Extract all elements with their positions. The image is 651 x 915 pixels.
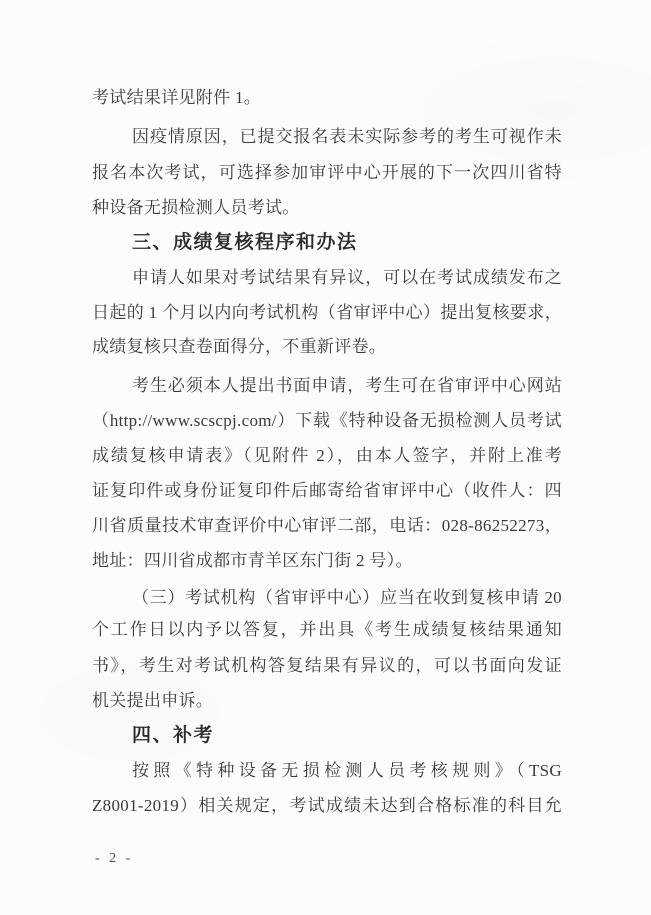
doc-line: 报名本次考试，可选择参加审评中心开展的下一次四川省特	[92, 161, 562, 187]
section-heading: 四、补考	[92, 724, 562, 750]
doc-line: 机关提出申诉。	[92, 689, 562, 715]
doc-line: Z8001-2019）相关规定，考试成绩未达到合格标准的科目允	[92, 794, 562, 820]
doc-line: （http://www.scscpj.com/）下载《特种设备无损检测人员考试	[92, 409, 562, 435]
doc-line: 书》，考生对考试机构答复结果有异议的，可以书面向发证	[92, 654, 562, 680]
doc-line: 考试结果详见附件 1。	[92, 86, 562, 112]
doc-line: 个工作日以内予以答复，并出具《考生成绩复核结果通知	[92, 618, 562, 644]
document-page: 考试结果详见附件 1。 因疫情原因，已提交报名表未实际参考的考生可视作未 报名本…	[0, 0, 651, 915]
doc-line: 川省质量技术审查评价中心审评二部，电话：028-86252273，	[92, 514, 562, 540]
doc-line: 成绩复核申请表》（见附件 2），由本人签字，并附上准考	[92, 444, 562, 470]
doc-line: 成绩复核只查卷面得分，不重新评卷。	[92, 335, 562, 361]
doc-line: 因疫情原因，已提交报名表未实际参考的考生可视作未	[92, 125, 562, 151]
doc-line: 申请人如果对考试结果有异议，可以在考试成绩发布之	[92, 266, 562, 292]
doc-line: 按照《特种设备无损检测人员考核规则》（TSG	[92, 759, 562, 785]
doc-line: 证复印件或身份证复印件后邮寄给省审评中心（收件人：四	[92, 479, 562, 505]
doc-line: 考生必须本人提出书面申请，考生可在省审评中心网站	[92, 374, 562, 400]
doc-line: 日起的 1 个月以内向考试机构（省审评中心）提出复核要求，	[92, 301, 562, 327]
page-number: - 2 -	[95, 851, 133, 867]
doc-line: 地址：四川省成都市青羊区东门街 2 号）。	[92, 549, 562, 575]
doc-line: 种设备无损检测人员考试。	[92, 196, 562, 222]
section-heading: 三、成绩复核程序和办法	[92, 231, 562, 257]
doc-line: （三）考试机构（省审评中心）应当在收到复核申请 20	[92, 586, 562, 612]
